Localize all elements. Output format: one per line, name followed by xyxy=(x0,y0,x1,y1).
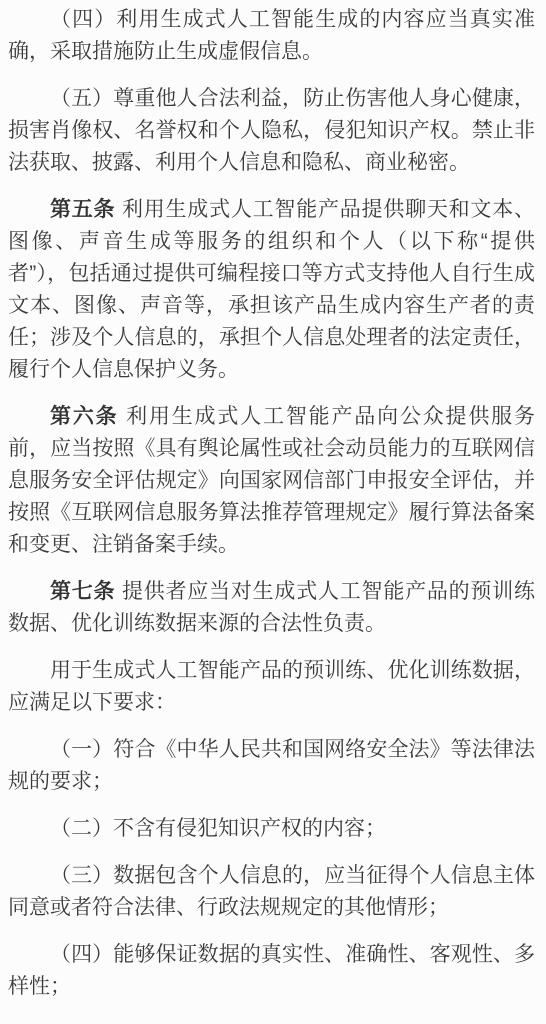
article-number: 第五条 xyxy=(50,198,115,221)
article-number: 第六条 xyxy=(50,405,118,428)
paragraph-text: 用于生成式人工智能产品的预训练、优化训练数据，应满足以下要求： xyxy=(8,659,535,714)
paragraph-text: （四）利用生成式人工智能生成的内容应当真实准确，采取措施防止生成虚假信息。 xyxy=(8,8,535,63)
paragraph-text: 利用生成式人工智能产品提供聊天和文本、图像、声音生成等服务的组织和个人（以下称“… xyxy=(8,198,535,381)
regulation-text-body: （四）利用生成式人工智能生成的内容应当真实准确，采取措施防止生成虚假信息。 （五… xyxy=(0,0,546,1003)
paragraph-text: （三）数据包含个人信息的，应当征得个人信息主体同意或者符合法律、行政法规规定的其… xyxy=(8,864,535,919)
paragraph-requirement-1: （一）符合《中华人民共和国网络安全法》等法律法规的要求； xyxy=(8,734,535,798)
paragraph-requirement-4: （四）能够保证数据的真实性、准确性、客观性、多样性； xyxy=(8,939,535,1003)
paragraph-text: （五）尊重他人合法利益，防止伤害他人身心健康，损害肖像权、名誉权和个人隐私，侵犯… xyxy=(8,87,535,174)
paragraph-requirement-3: （三）数据包含个人信息的，应当征得个人信息主体同意或者符合法律、行政法规规定的其… xyxy=(8,860,535,924)
article-number: 第七条 xyxy=(50,580,115,603)
paragraph-article-6: 第六条 利用生成式人工智能产品向公众提供服务前，应当按照《具有舆论属性或社会动员… xyxy=(8,401,535,561)
paragraph-training-data-intro: 用于生成式人工智能产品的预训练、优化训练数据，应满足以下要求： xyxy=(8,655,535,719)
paragraph-text: （四）能够保证数据的真实性、准确性、客观性、多样性； xyxy=(8,943,535,998)
paragraph-text: （一）符合《中华人民共和国网络安全法》等法律法规的要求； xyxy=(8,738,535,793)
paragraph-item-4-of-prev-article: （四）利用生成式人工智能生成的内容应当真实准确，采取措施防止生成虚假信息。 xyxy=(8,4,535,68)
paragraph-requirement-2: （二）不含有侵犯知识产权的内容； xyxy=(8,813,535,845)
paragraph-text: （二）不含有侵犯知识产权的内容； xyxy=(50,817,386,840)
paragraph-article-7: 第七条 提供者应当对生成式人工智能产品的预训练数据、优化训练数据来源的合法性负责… xyxy=(8,576,535,640)
paragraph-article-5: 第五条 利用生成式人工智能产品提供聊天和文本、图像、声音生成等服务的组织和个人（… xyxy=(8,194,535,386)
paragraph-item-5-of-prev-article: （五）尊重他人合法利益，防止伤害他人身心健康，损害肖像权、名誉权和个人隐私，侵犯… xyxy=(8,83,535,179)
